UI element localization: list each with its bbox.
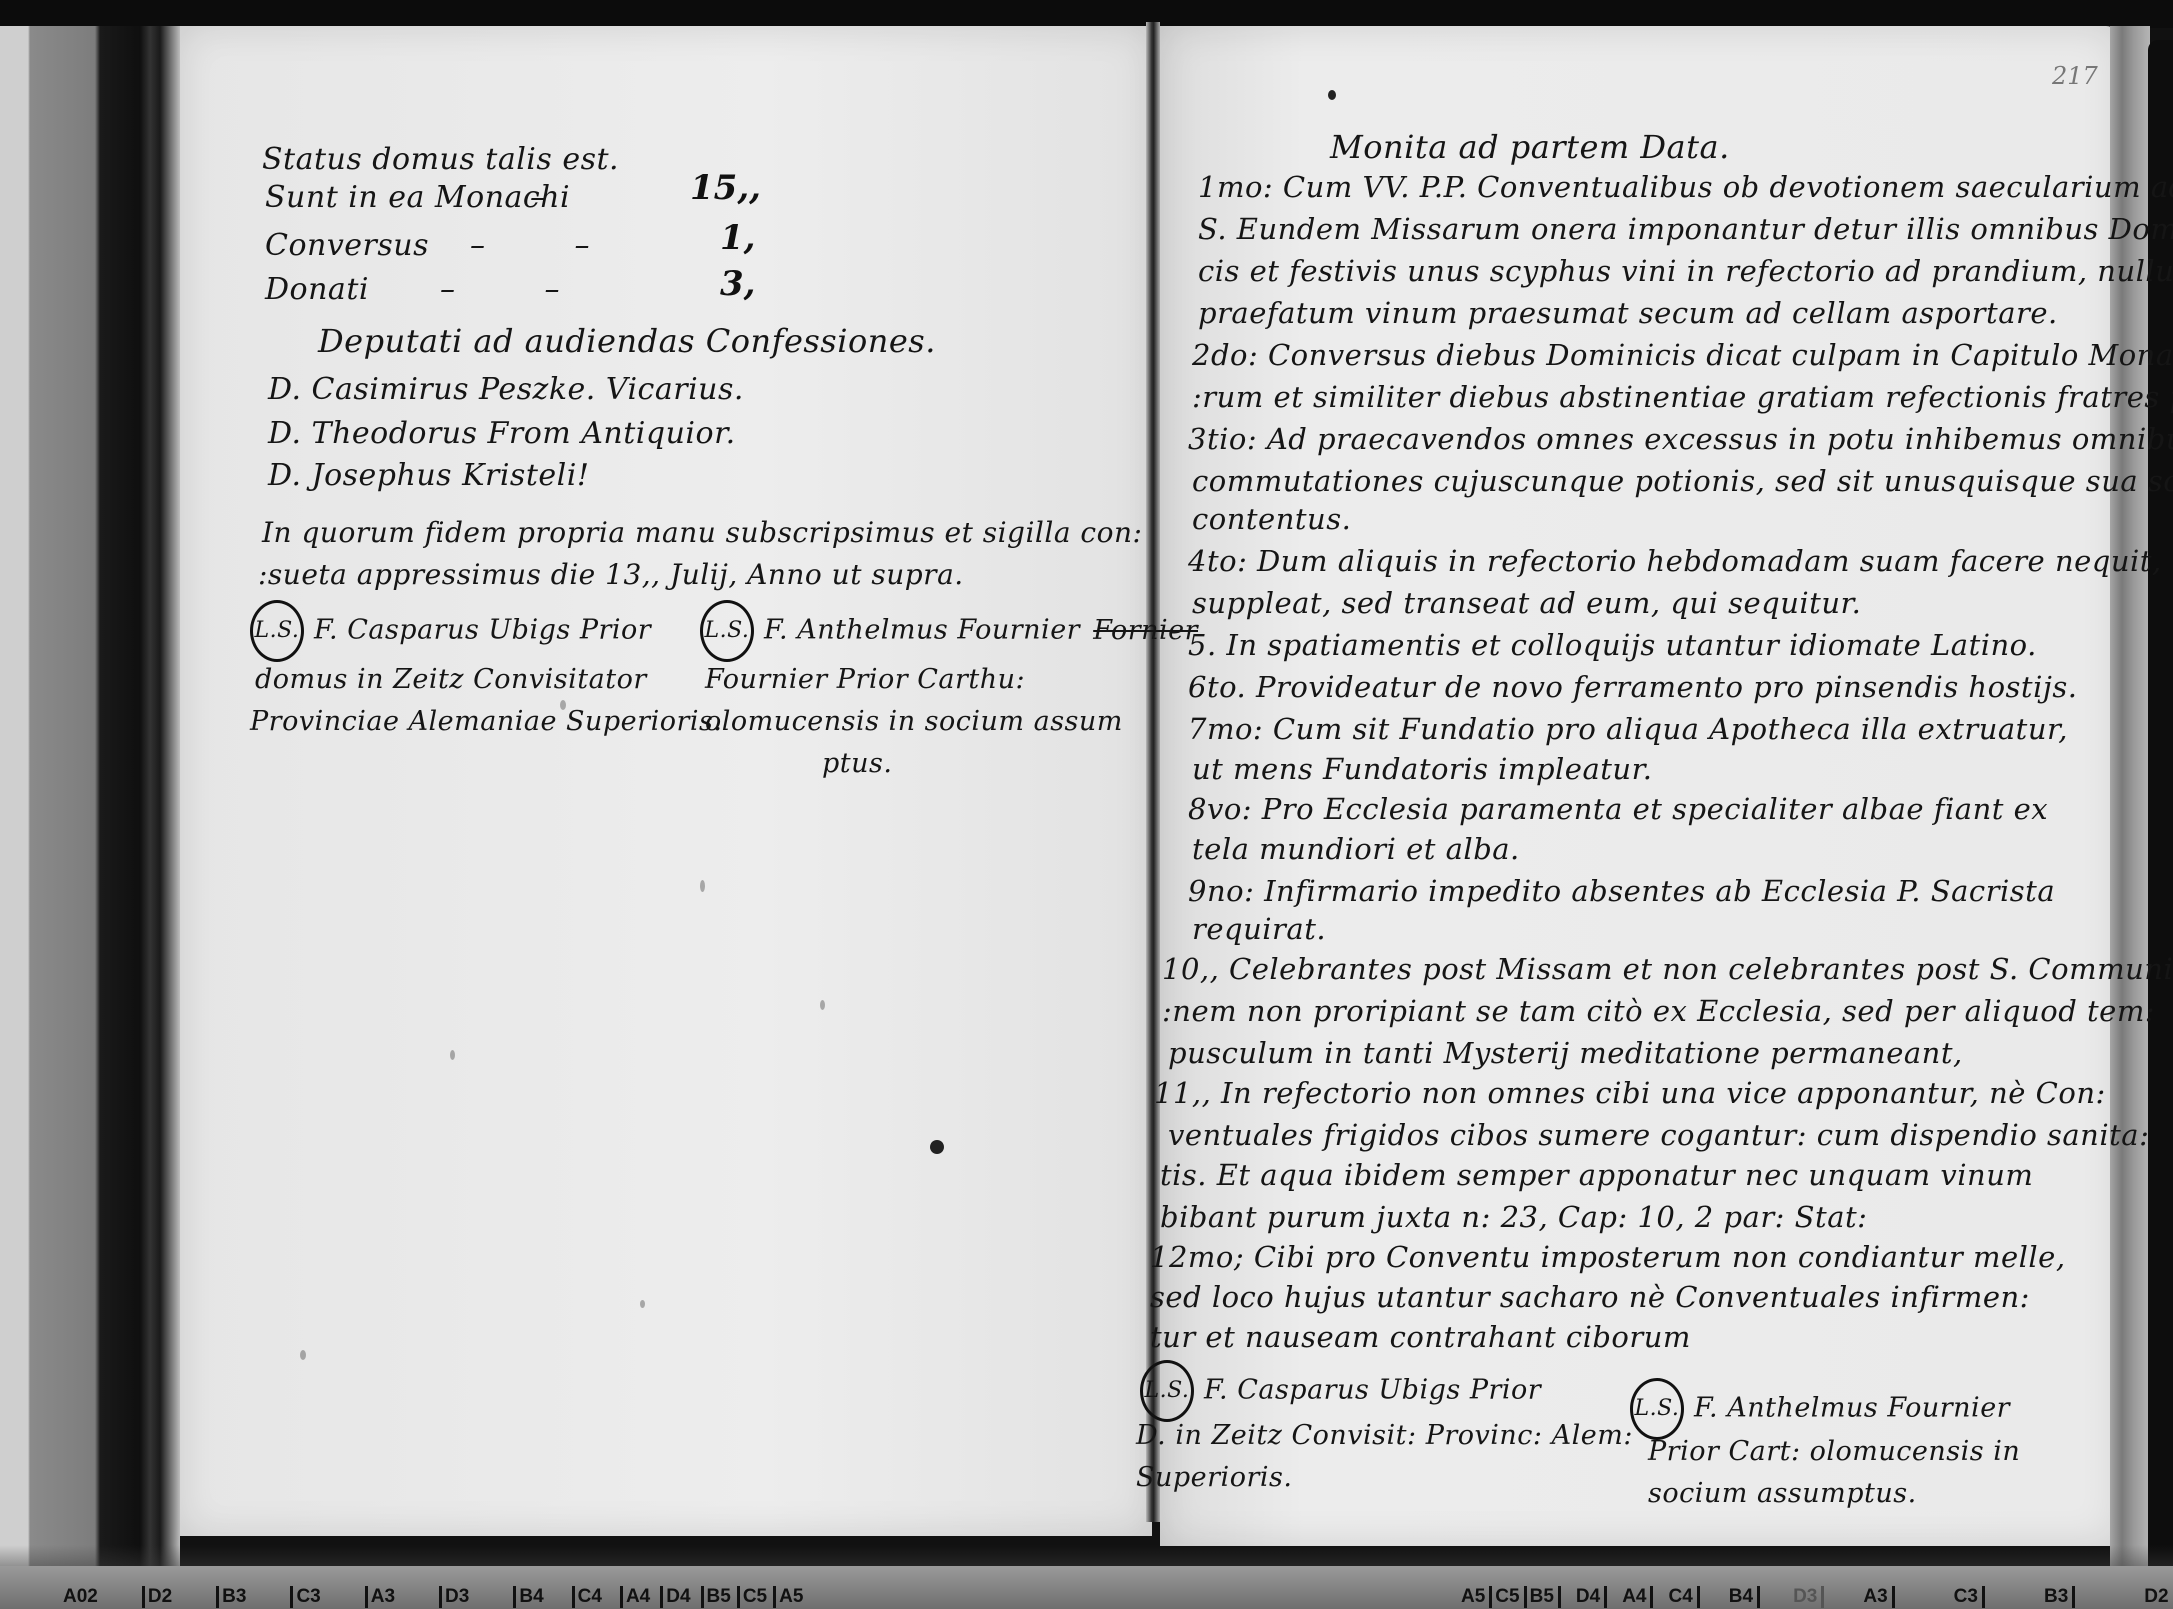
film-marker: A4 [620, 1586, 656, 1608]
film-marker: C4 [1665, 1586, 1699, 1608]
monita-line: sed loco hujus utantur sacharo nè Conven… [1150, 1280, 2030, 1314]
film-markers-right: A5 C5 B5 D4 A4 C4 B4 D3 A3 C3 B3 D2 A [1458, 1586, 2173, 1608]
monita-line: ut mens Fundatoris impleatur. [1192, 752, 1652, 786]
film-marker: B4 [1726, 1586, 1760, 1608]
monita-line: 7mo: Cum sit Fundatio pro aliqua Apothec… [1188, 712, 2068, 746]
monita-line: ventuales frigidos cibos sumere cogantur… [1168, 1118, 2149, 1152]
confessor-entry: D. Josephus Kristeli! [268, 458, 589, 493]
monita-line: S. Eundem Missarum onera imponantur detu… [1198, 212, 2173, 246]
film-marker: B5 [701, 1586, 737, 1608]
struck-through-name: Fornier [1093, 615, 1198, 646]
monita-line: contentus. [1192, 502, 1351, 536]
status-row-label: Conversus [265, 228, 429, 263]
monita-line: tur et nauseam contrahant ciborum [1150, 1320, 1691, 1354]
monita-line: tela mundiori et alba. [1192, 832, 1520, 866]
film-marker: A3 [1860, 1586, 1894, 1608]
signature-line: F. Casparus Ubigs Prior [1204, 1375, 1541, 1406]
attestation-line: :sueta appressimus die 13,, Julij, Anno … [258, 558, 964, 591]
signature-line: D. in Zeitz Convisit: Provinc: Alem: [1136, 1420, 1633, 1451]
signature-line: ptus. [822, 748, 892, 779]
monita-line: 10,, Celebrantes post Missam et non cele… [1162, 952, 2173, 986]
monita-line: cis et festivis unus scyphus vini in ref… [1198, 254, 2173, 288]
ink-speck [640, 1300, 645, 1308]
seal-ls: L.S. [1630, 1378, 1684, 1440]
monita-line: 11,, In refectorio non omnes cibi una vi… [1154, 1076, 2106, 1110]
film-marker: C4 [572, 1586, 608, 1608]
monita-line: :rum et similiter diebus abstinentiae gr… [1192, 380, 2173, 414]
film-marker: B3 [2041, 1586, 2075, 1608]
monita-line: 12mo; Cibi pro Conventu imposterum non c… [1150, 1240, 2066, 1274]
signature-line: F. Casparus Ubigs Prior [314, 615, 651, 646]
status-row-label: Sunt in ea Monachi [265, 180, 570, 215]
status-row-label: Donati [265, 272, 369, 307]
signature-block-left: L.S.F. Casparus Ubigs Prior [1140, 1360, 1541, 1422]
film-marker: C3 [290, 1586, 326, 1608]
monita-line: 6to. Provideatur de novo ferramento pro … [1188, 670, 2077, 704]
monita-line: tis. Et aqua ibidem semper apponatur nec… [1160, 1158, 2033, 1192]
signature-line: F. Anthelmus Fournier [764, 615, 1080, 646]
signature-block-left: L.S.F. Casparus Ubigs Prior [250, 600, 651, 662]
film-marker: D4 [1573, 1586, 1607, 1608]
monita-line: 4to: Dum aliquis in refectorio hebdomada… [1188, 544, 2173, 578]
scan-top-border [0, 0, 2173, 28]
deputati-heading: Deputati ad audiendas Confessiones. [318, 322, 936, 360]
monita-line: pusculum in tanti Mysterij meditatione p… [1168, 1036, 1963, 1070]
seal-ls: L.S. [250, 600, 304, 662]
film-marker: C5 [737, 1586, 773, 1608]
monita-title: Monita ad partem Data. [1330, 128, 1730, 166]
monita-line: 5. In spatiamentis et colloquijs utantur… [1188, 628, 2037, 662]
monita-line: 1mo: Cum VV. P.P. Conventualibus ob devo… [1198, 170, 2173, 204]
book-left-edge [0, 26, 180, 1566]
film-marker: B4 [513, 1586, 549, 1608]
film-marker: A02 [60, 1586, 104, 1608]
status-row-count: 3, [720, 264, 756, 304]
signature-line: Superioris. [1136, 1462, 1292, 1493]
monita-line: praefatum vinum praesumat secum ad cella… [1198, 296, 2058, 330]
film-marker: C5 [1492, 1586, 1526, 1608]
film-marker: A4 [1619, 1586, 1653, 1608]
confessor-entry: D. Casimirus Peszke. Vicarius. [268, 372, 744, 407]
signature-line: Provinciae Alemaniae Superioris. [250, 706, 722, 737]
film-marker: D3 [439, 1586, 475, 1608]
monita-line: commutationes cujuscunque potionis, sed … [1192, 464, 2173, 498]
film-marker: A5 [773, 1586, 809, 1608]
monita-line: bibant purum juxta n: 23, Cap: 10, 2 par… [1160, 1200, 1867, 1234]
status-row-dash: – – [470, 228, 630, 263]
film-marker: D3 [1790, 1586, 1824, 1608]
film-marker: B5 [1527, 1586, 1561, 1608]
signature-line: F. Anthelmus Fournier [1694, 1393, 2010, 1424]
signature-line: Prior Cart: olomucensis in [1648, 1436, 2020, 1467]
signature-block-right: L.S.F. Anthelmus Fournier [1630, 1378, 2010, 1440]
signature-block-right: L.S.F. Anthelmus Fournier Fornier [700, 600, 1198, 662]
monita-line: requirat. [1192, 912, 1326, 946]
signature-line: olomucensis in socium assum [705, 706, 1123, 737]
signature-line: Fournier Prior Carthu: [705, 664, 1025, 695]
film-marker: D4 [660, 1586, 696, 1608]
attestation-line: In quorum fidem propria manu subscripsim… [262, 516, 1142, 549]
status-heading: Status domus talis est. [262, 142, 619, 177]
film-marker: C3 [1951, 1586, 1985, 1608]
seal-ls: L.S. [1140, 1360, 1194, 1422]
status-row-count: 15,, [690, 168, 761, 208]
ink-speck [700, 880, 705, 892]
seal-ls: L.S. [700, 600, 754, 662]
confessor-entry: D. Theodorus From Antiquior. [268, 416, 736, 451]
ink-blot [930, 1140, 944, 1154]
status-row-dash: – [530, 180, 546, 215]
monita-line: 3tio: Ad praecavendos omnes excessus in … [1188, 422, 2173, 456]
status-row-dash: – – [440, 272, 600, 307]
ink-speck [820, 1000, 825, 1010]
ink-speck [300, 1350, 306, 1360]
film-markers-left: A02 D2 B3 C3 A3 D3 B4 C4 A4 D4 B5 C5 A5 [60, 1586, 847, 1608]
monita-line: 9no: Infirmario impedito absentes ab Ecc… [1188, 874, 2055, 908]
monita-line: 2do: Conversus diebus Dominicis dicat cu… [1192, 338, 2173, 372]
signature-line: socium assumptus. [1648, 1478, 1917, 1509]
monita-line: suppleat, sed transeat ad eum, qui sequi… [1192, 586, 1861, 620]
film-marker: B3 [216, 1586, 252, 1608]
monita-line: :nem non proripiant se tam citò ex Eccle… [1162, 994, 2155, 1028]
status-row-count: 1, [720, 218, 756, 258]
film-marker: D2 [142, 1586, 178, 1608]
monita-line: 8vo: Pro Ecclesia paramenta et specialit… [1188, 792, 2048, 826]
film-marker: A3 [365, 1586, 401, 1608]
film-marker: D2 [2141, 1586, 2173, 1608]
folio-number: 217 [2052, 62, 2098, 90]
ink-speck [450, 1050, 455, 1060]
signature-line: domus in Zeitz Convisitator [255, 664, 647, 695]
ink-dot [1328, 90, 1336, 100]
film-marker: A5 [1458, 1586, 1492, 1608]
